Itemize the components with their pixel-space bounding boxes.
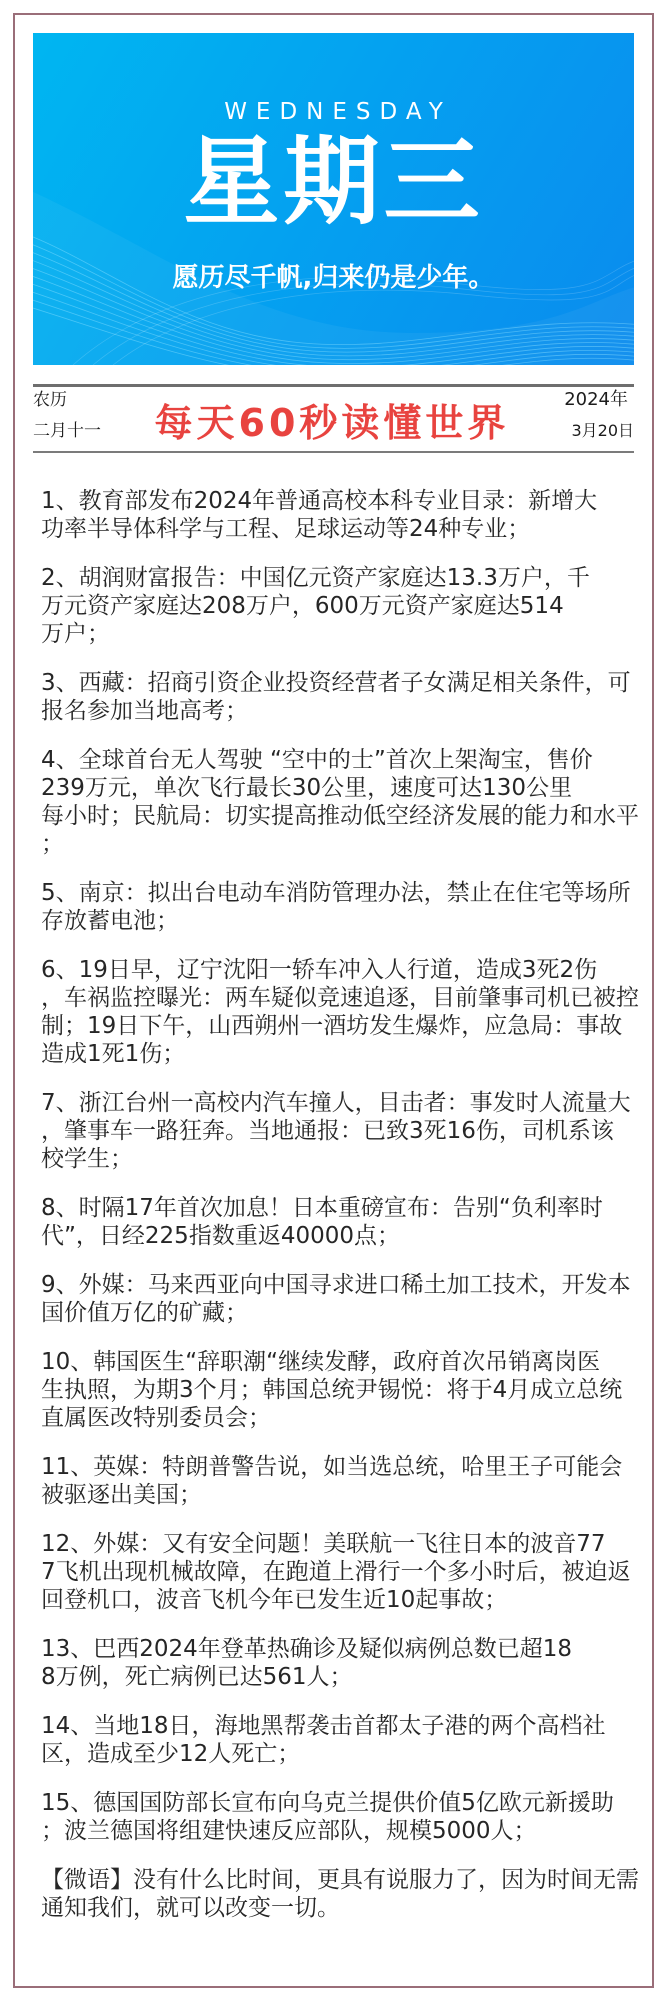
news-line: 12、外媒：又有安全问题！美联航一飞往日本的波音77 — [41, 1530, 653, 1558]
news-line: 9、外媒：马来西亚向中国寻求进口稀土加工技术，开发本 — [41, 1271, 653, 1299]
news-line: 被驱逐出美国； — [41, 1481, 653, 1509]
news-item: 8、时隔17年首次加息！日本重磅宣布：告别“负利率时 代”，日经225指数重返4… — [41, 1194, 653, 1250]
news-line: 8万例，死亡病例已达561人； — [41, 1663, 653, 1691]
news-item: 5、南京：拟出台电动车消防管理办法，禁止在住宅等场所 存放蓄电池； — [41, 879, 653, 935]
news-line: ，肇事车一路狂奔。当地通报：已致3死16伤，司机系该 — [41, 1117, 653, 1145]
news-line: 回登机口，波音飞机今年已发生近10起事故； — [41, 1586, 653, 1614]
quote-line: 通知我们，就可以改变一切。 — [41, 1894, 653, 1922]
weekday-chinese: 星期三 — [33, 132, 634, 232]
news-line: ，车祸监控曝光：两车疑似竞速追逐，目前肇事司机已被控 — [41, 984, 653, 1012]
news-line: 功率半导体科学与工程、足球运动等24种专业； — [41, 515, 653, 543]
news-item: 12、外媒：又有安全问题！美联航一飞往日本的波音77 7飞机出现机械故障，在跑道… — [41, 1530, 653, 1614]
news-line: 每小时；民航局：切实提高推动低空经济发展的能力和水平 — [41, 802, 653, 830]
news-item: 10、韩国医生“辞职潮“继续发酵，政府首次吊销离岗医 生执照，为期3个月；韩国总… — [41, 1348, 653, 1432]
date-label: 3月20日 — [571, 421, 634, 441]
weekday-banner: WEDNESDAY 星期三 愿历尽千帆,归来仍是少年。 — [33, 33, 634, 365]
year-label: 2024年 — [564, 389, 628, 410]
news-line: 6、19日早，辽宁沈阳一轿车冲入人行道，造成3死2伤 — [41, 956, 653, 984]
news-line: 7飞机出现机械故障，在跑道上滑行一个多小时后，被迫返 — [41, 1558, 653, 1586]
news-line: 5、南京：拟出台电动车消防管理办法，禁止在住宅等场所 — [41, 879, 653, 907]
news-line: 1、教育部发布2024年普通高校本科专业目录：新增大 — [41, 487, 653, 515]
news-line: 存放蓄电池； — [41, 907, 653, 935]
news-item: 15、德国国防部长宣布向乌克兰提供价值5亿欧元新援助 ；波兰德国将组建快速反应部… — [41, 1789, 653, 1845]
news-line: ；波兰德国将组建快速反应部队，规模5000人； — [41, 1817, 653, 1845]
news-line: 造成1死1伤； — [41, 1040, 653, 1068]
news-line: 8、时隔17年首次加息！日本重磅宣布：告别“负利率时 — [41, 1194, 653, 1222]
news-line: 2、胡润财富报告：中国亿元资产家庭达13.3万户，千 — [41, 564, 653, 592]
news-line: 万户； — [41, 620, 653, 648]
news-item: 14、当地18日，海地黑帮袭击首都太子港的两个高档社 区，造成至少12人死亡； — [41, 1712, 653, 1768]
news-line: 11、英媒：特朗普警告说，如当选总统，哈里王子可能会 — [41, 1453, 653, 1481]
news-item: 13、巴西2024年登革热确诊及疑似病例总数已超18 8万例，死亡病例已达561… — [41, 1635, 653, 1691]
news-item: 3、西藏：招商引资企业投资经营者子女满足相关条件，可 报名参加当地高考； — [41, 669, 653, 725]
news-line: 15、德国国防部长宣布向乌克兰提供价值5亿欧元新援助 — [41, 1789, 653, 1817]
news-line: 7、浙江台州一高校内汽车撞人，目击者：事发时人流量大 — [41, 1089, 653, 1117]
news-line: 制；19日下午，山西朔州一酒坊发生爆炸，应急局：事故 — [41, 1012, 653, 1040]
quote-line: 【微语】没有什么比时间，更具有说服力了，因为时间无需 — [41, 1866, 653, 1894]
dateline-bottom-rule — [33, 451, 634, 453]
news-line: 生执照，为期3个月；韩国总统尹锡悦：将于4月成立总统 — [41, 1376, 653, 1404]
news-line: 4、全球首台无人驾驶 “空中的士”首次上架淘宝，售价 — [41, 746, 653, 774]
news-line: 239万元，单次飞行最长30公里，速度可达130公里 — [41, 774, 653, 802]
news-item: 9、外媒：马来西亚向中国寻求进口稀土加工技术，开发本 国价值万亿的矿藏； — [41, 1271, 653, 1327]
news-item: 6、19日早，辽宁沈阳一轿车冲入人行道，造成3死2伤 ，车祸监控曝光：两车疑似竞… — [41, 956, 653, 1068]
news-line: 直属医改特别委员会； — [41, 1404, 653, 1432]
news-line: 14、当地18日，海地黑帮袭击首都太子港的两个高档社 — [41, 1712, 653, 1740]
news-line: 3、西藏：招商引资企业投资经营者子女满足相关条件，可 — [41, 669, 653, 697]
news-line: 报名参加当地高考； — [41, 697, 653, 725]
banner-slogan: 愿历尽千帆,归来仍是少年。 — [33, 263, 634, 293]
news-item: 7、浙江台州一高校内汽车撞人，目击者：事发时人流量大 ，肇事车一路狂奔。当地通报… — [41, 1089, 653, 1173]
news-line: 10、韩国医生“辞职潮“继续发酵，政府首次吊销离岗医 — [41, 1348, 653, 1376]
dateline-top-rule — [33, 384, 634, 387]
news-item: 11、英媒：特朗普警告说，如当选总统，哈里王子可能会 被驱逐出美国； — [41, 1453, 653, 1509]
news-item: 1、教育部发布2024年普通高校本科专业目录：新增大 功率半导体科学与工程、足球… — [41, 487, 653, 543]
news-line: 校学生； — [41, 1145, 653, 1173]
daily-quote: 【微语】没有什么比时间，更具有说服力了，因为时间无需 通知我们，就可以改变一切。 — [41, 1866, 653, 1922]
news-list: 1、教育部发布2024年普通高校本科专业目录：新增大 功率半导体科学与工程、足球… — [41, 487, 653, 1943]
news-line: 区，造成至少12人死亡； — [41, 1740, 653, 1768]
news-item: 2、胡润财富报告：中国亿元资产家庭达13.3万户，千 万元资产家庭达208万户，… — [41, 564, 653, 648]
news-line: 万元资产家庭达208万户，600万元资产家庭达514 — [41, 592, 653, 620]
news-item: 4、全球首台无人驾驶 “空中的士”首次上架淘宝，售价 239万元，单次飞行最长3… — [41, 746, 653, 858]
news-line: 国价值万亿的矿藏； — [41, 1299, 653, 1327]
news-line: ； — [41, 830, 653, 858]
news-line: 代”，日经225指数重返40000点； — [41, 1222, 653, 1250]
news-line: 13、巴西2024年登革热确诊及疑似病例总数已超18 — [41, 1635, 653, 1663]
weekday-english: WEDNESDAY — [33, 99, 634, 125]
